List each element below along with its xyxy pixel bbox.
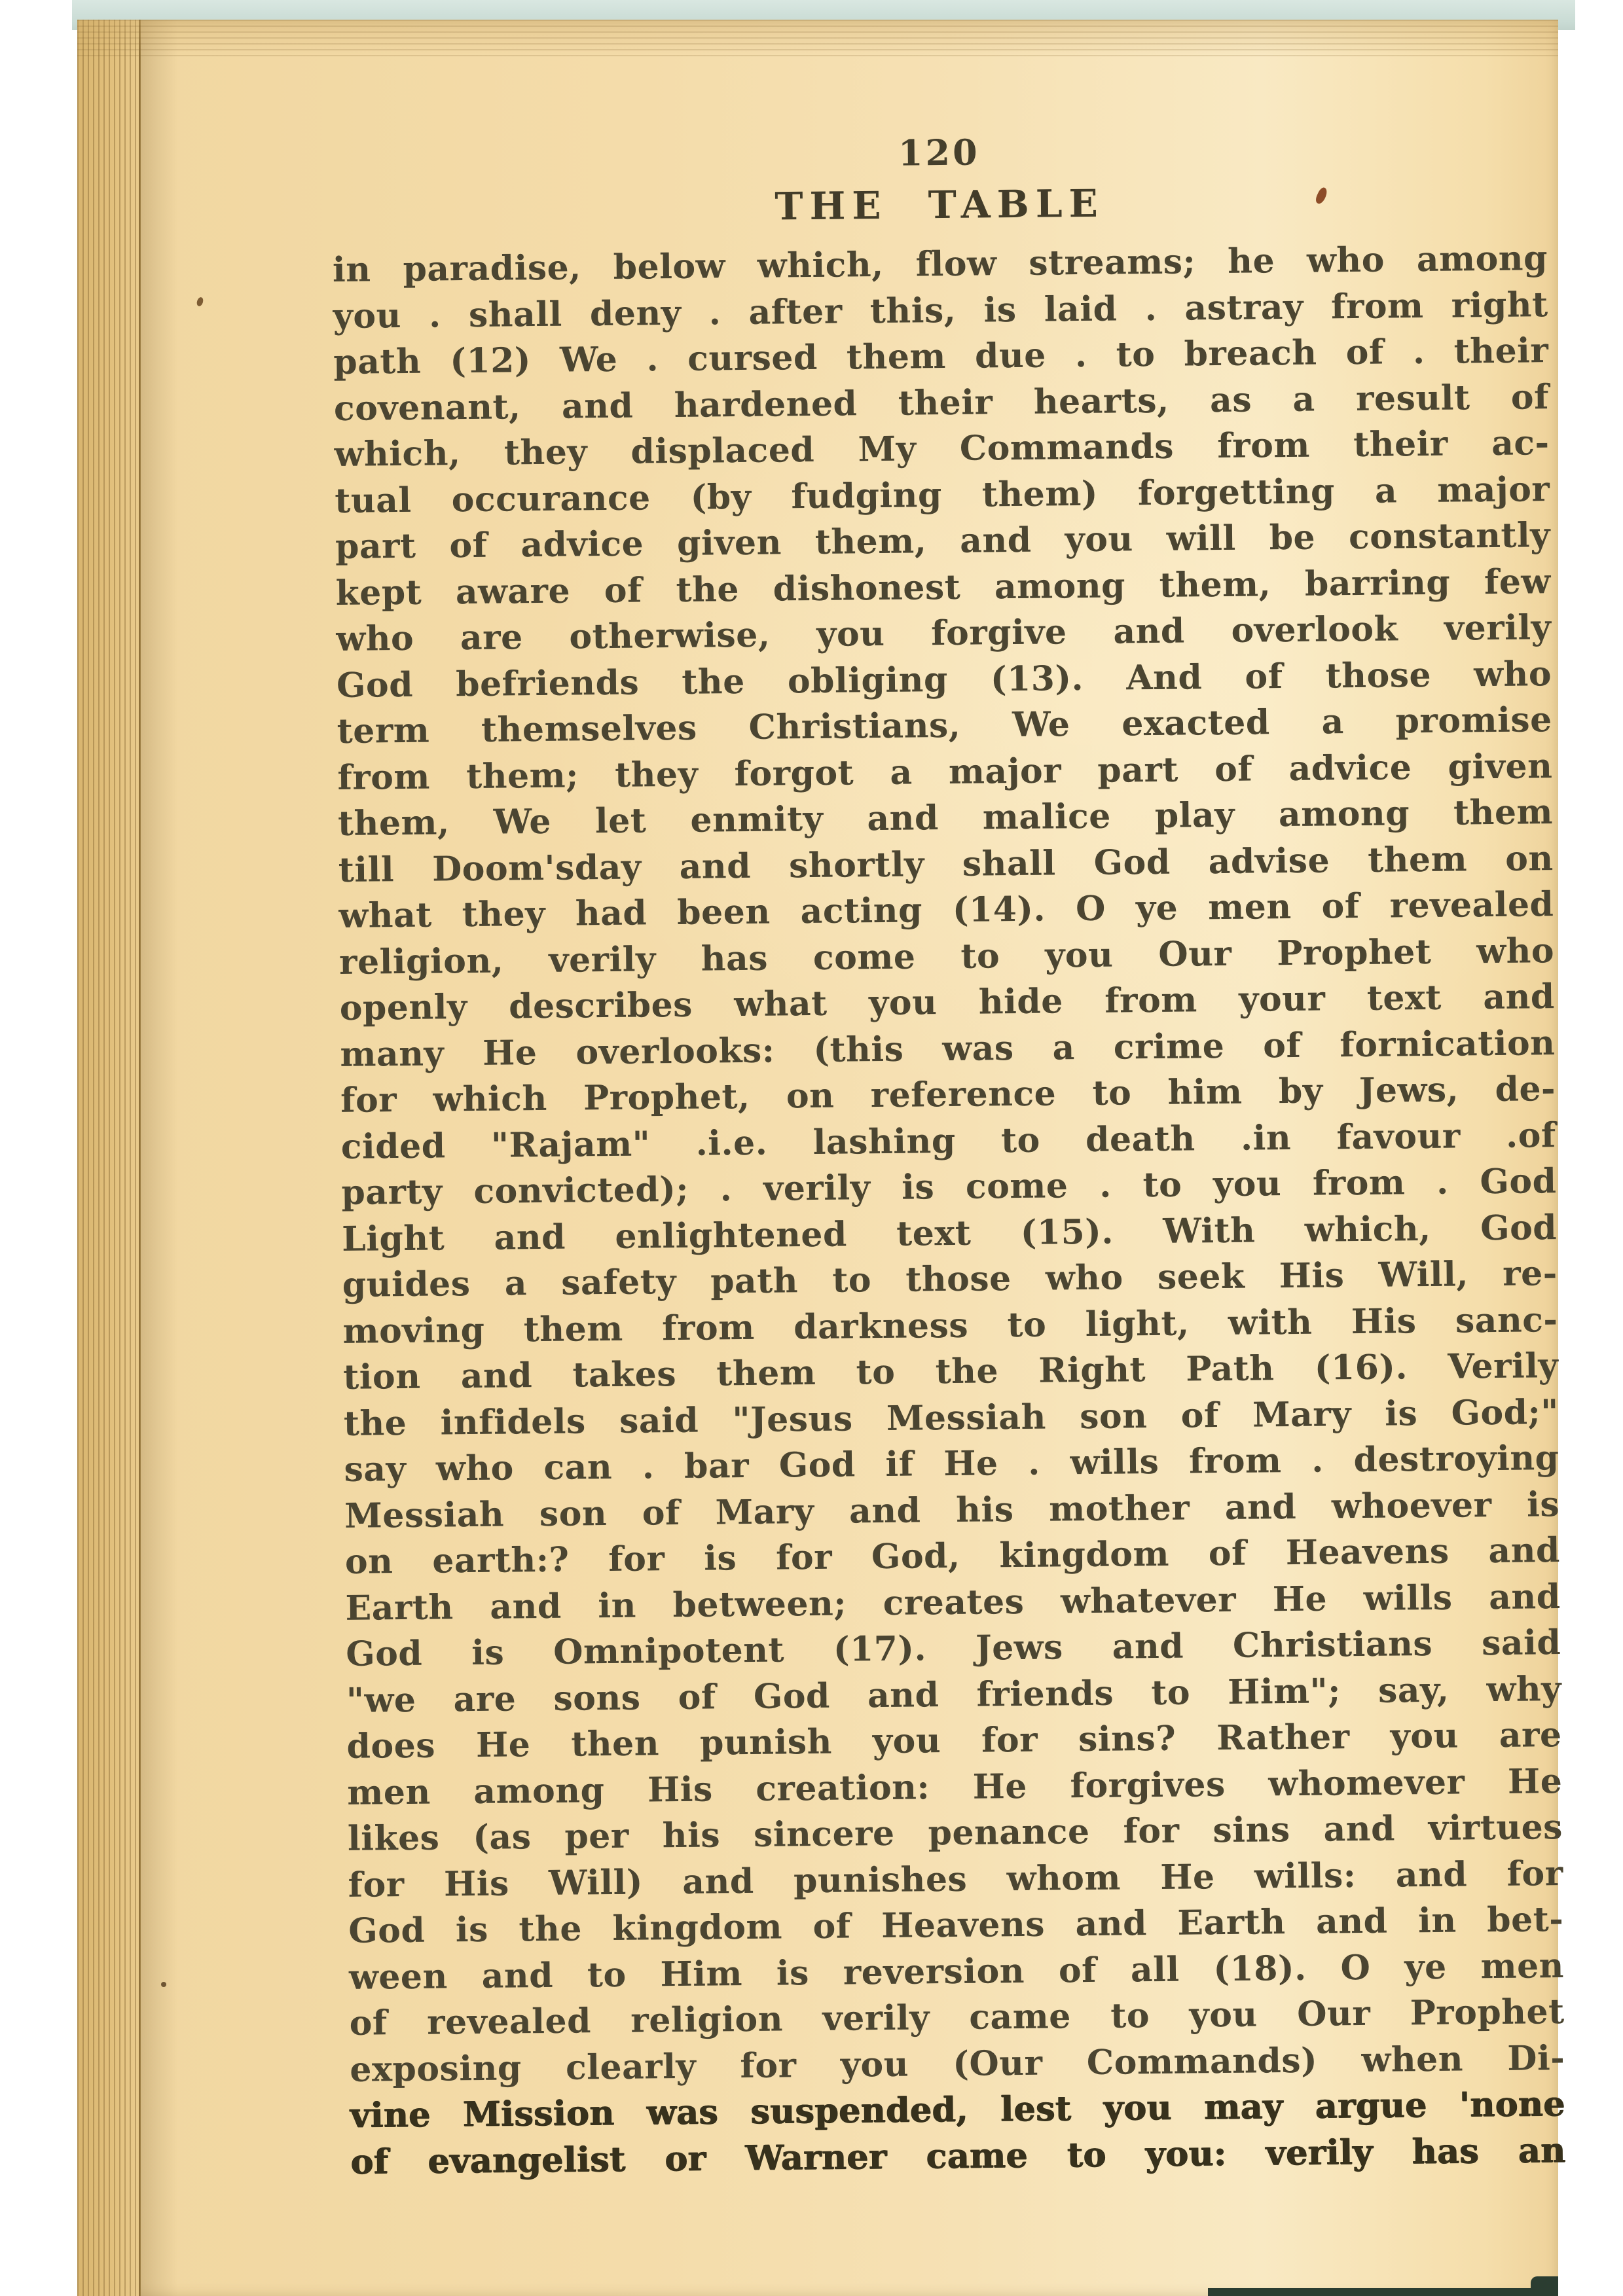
book-cover-corner <box>1531 2276 1558 2296</box>
book-page: 120 THE TABLE in paradise, below which, … <box>77 20 1558 2296</box>
scan-surface: 120 THE TABLE in paradise, below which, … <box>0 0 1623 2296</box>
chapter-title: THE TABLE <box>332 170 1548 240</box>
ink-speck <box>161 1982 166 1987</box>
page-edge-stack <box>77 20 141 2296</box>
ink-speck <box>196 296 204 307</box>
book-cover-edge <box>1208 2288 1558 2296</box>
page-top-edge <box>77 20 1558 56</box>
page-content: 120 THE TABLE in paradise, below which, … <box>331 123 1566 2185</box>
page-curl-shadow <box>139 20 178 2296</box>
body-text: in paradise, below which, flow streams; … <box>333 236 1566 2185</box>
